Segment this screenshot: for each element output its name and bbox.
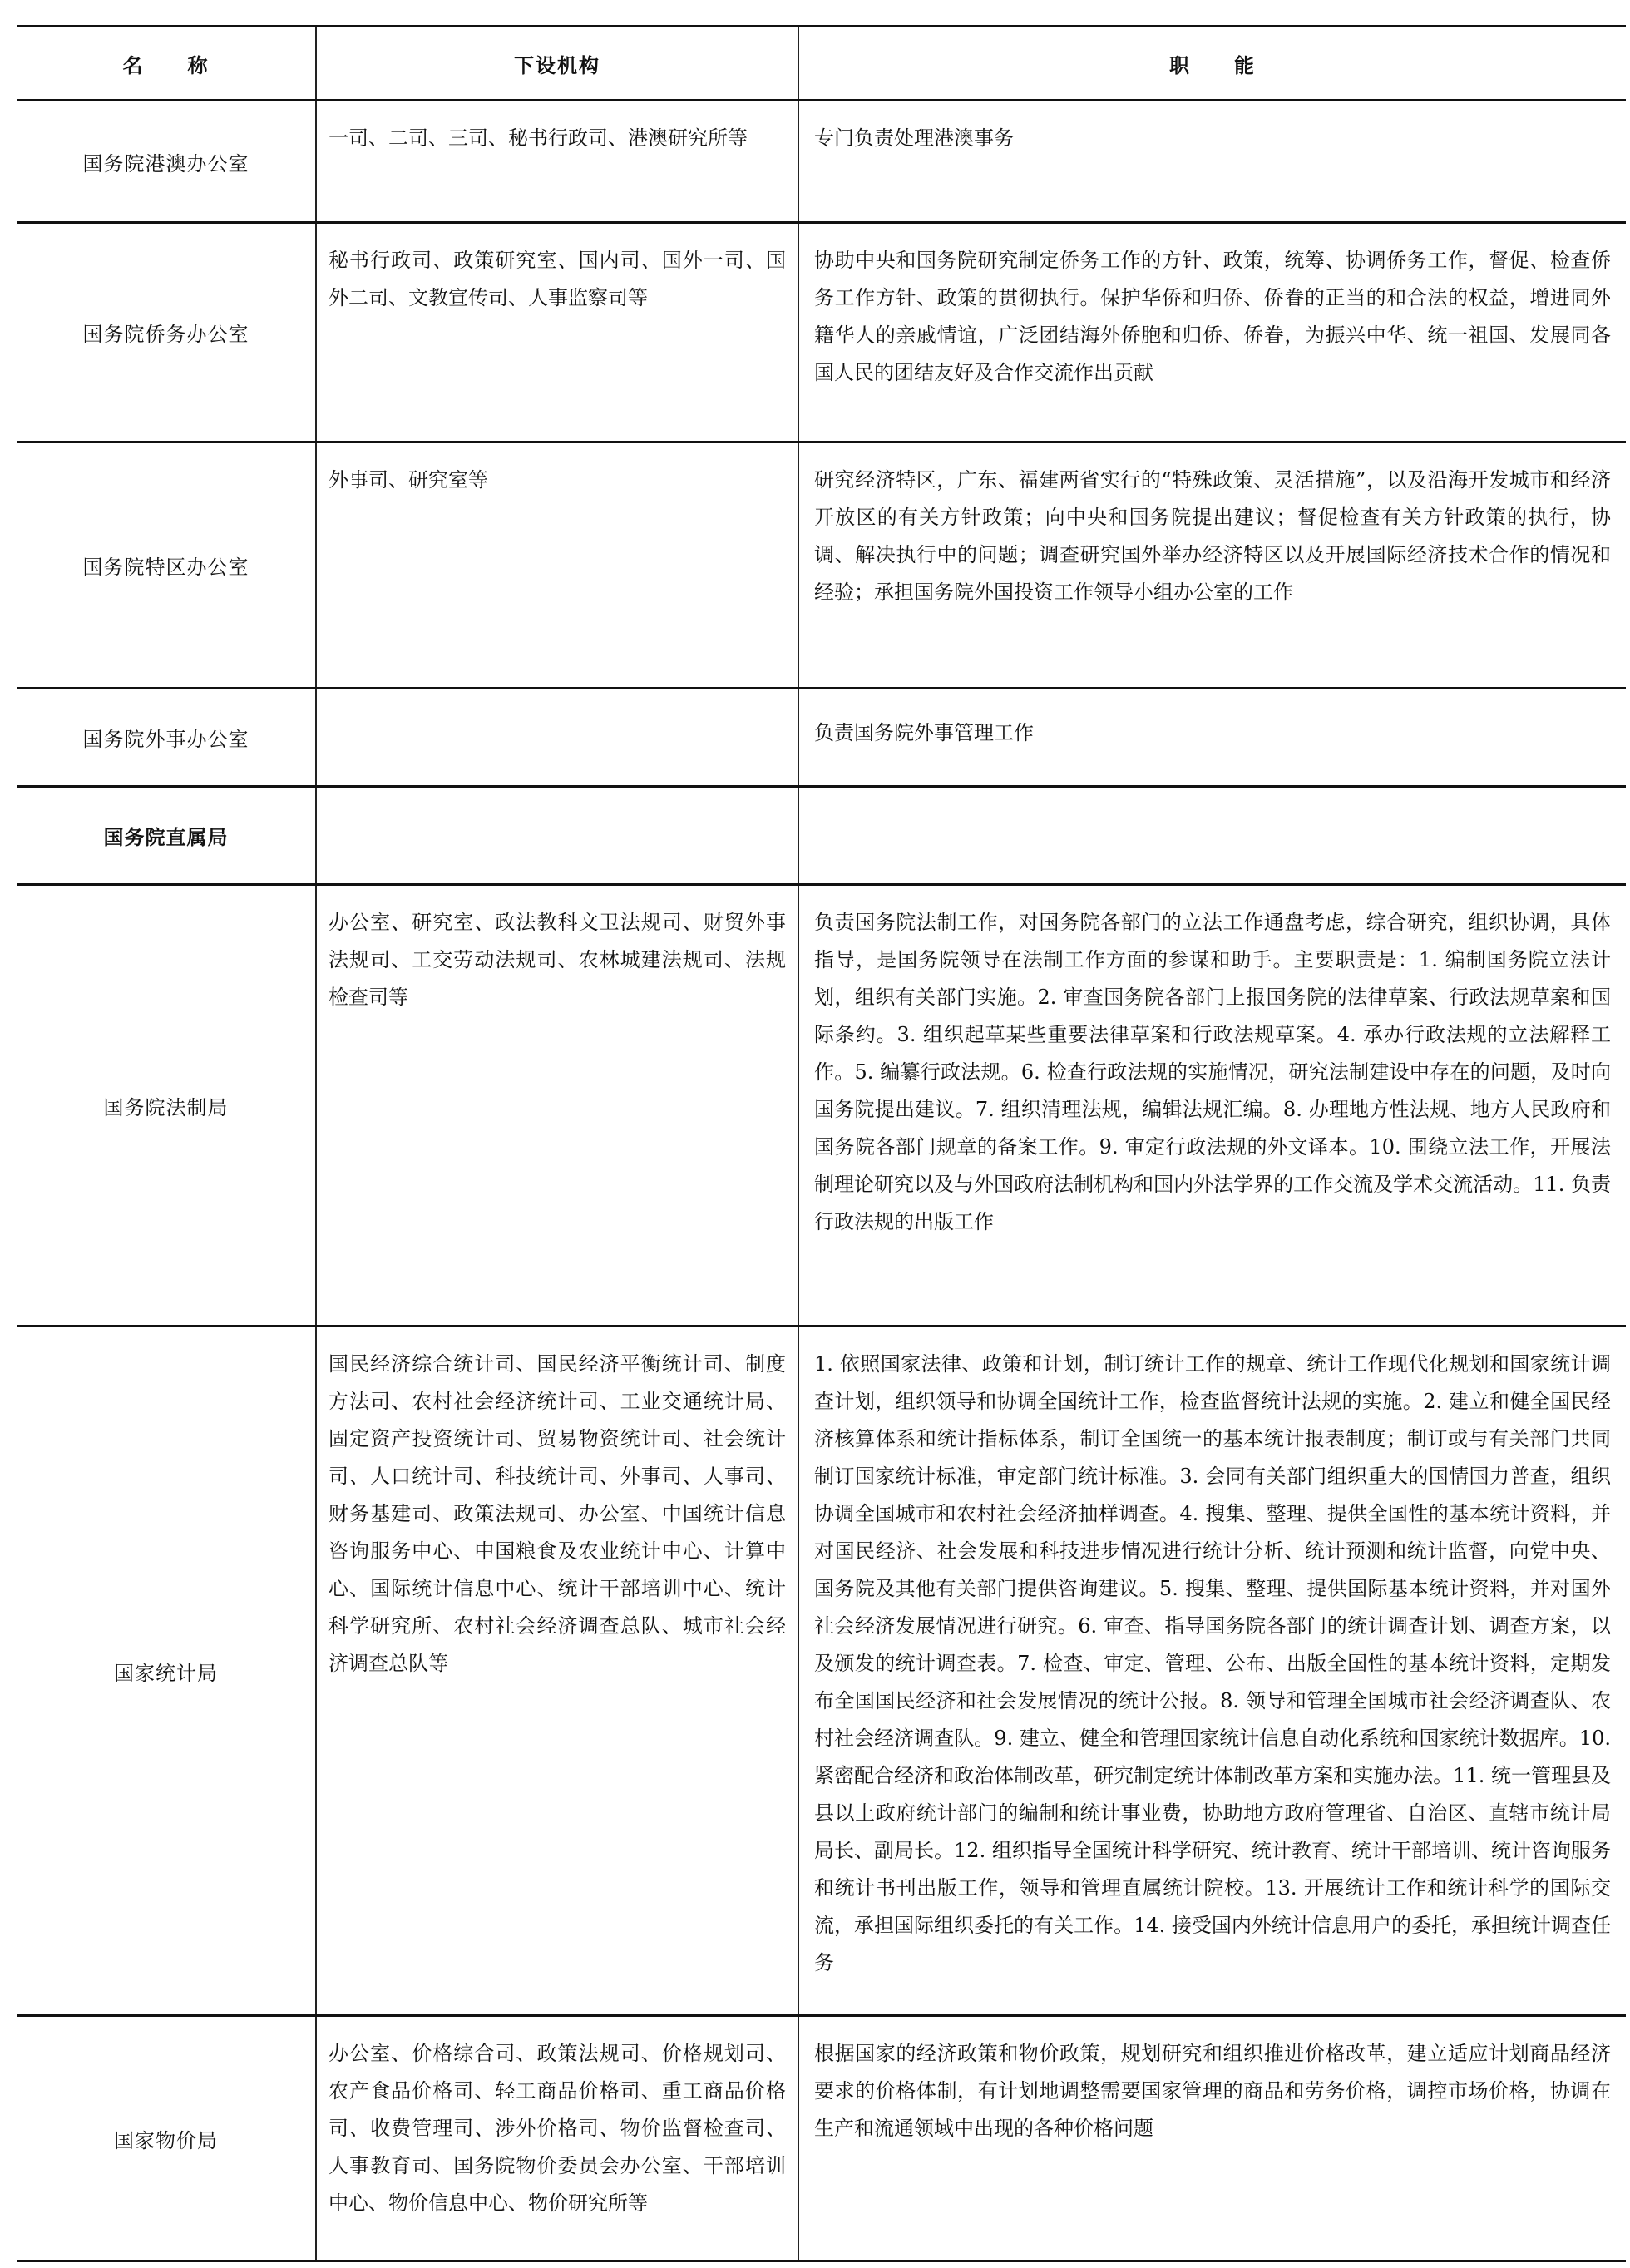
org-sub-units: 外事司、研究室等 <box>316 442 798 689</box>
org-sub-units: 一司、二司、三司、秘书行政司、港澳研究所等 <box>316 101 798 223</box>
org-sub-units <box>316 689 798 787</box>
table-row: 国务院侨务办公室 秘书行政司、政策研究室、国内司、国外一司、国外二司、文教宣传司… <box>17 223 1626 442</box>
org-functions: 根据国家的经济政策和物价政策，规划研究和组织推进价格改革，建立适应计划商品经济要… <box>798 2016 1626 2261</box>
section-row: 国务院直属局 <box>17 787 1626 885</box>
org-name: 国务院特区办公室 <box>17 442 316 689</box>
org-name: 国务院法制局 <box>17 885 316 1327</box>
org-sub-units: 办公室、研究室、政法教科文卫法规司、财贸外事法规司、工交劳动法规司、农林城建法规… <box>316 885 798 1327</box>
table-row: 国家物价局 办公室、价格综合司、政策法规司、价格规划司、农产食品价格司、轻工商品… <box>17 2016 1626 2261</box>
org-functions: 负责国务院法制工作，对国务院各部门的立法工作通盘考虑，综合研究，组织协调，具体指… <box>798 885 1626 1327</box>
org-sub-units: 秘书行政司、政策研究室、国内司、国外一司、国外二司、文教宣传司、人事监察司等 <box>316 223 798 442</box>
org-functions: 专门负责处理港澳事务 <box>798 101 1626 223</box>
table-row: 国务院特区办公室 外事司、研究室等 研究经济特区，广东、福建两省实行的“特殊政策… <box>17 442 1626 689</box>
org-sub-units: 办公室、价格综合司、政策法规司、价格规划司、农产食品价格司、轻工商品价格司、重工… <box>316 2016 798 2261</box>
org-name: 国家统计局 <box>17 1327 316 2016</box>
table-row: 国家统计局 国民经济综合统计司、国民经济平衡统计司、制度方法司、农村社会经济统计… <box>17 1327 1626 2016</box>
org-sub-units: 国民经济综合统计司、国民经济平衡统计司、制度方法司、农村社会经济统计司、工业交通… <box>316 1327 798 2016</box>
org-sub-units <box>316 787 798 885</box>
section-title: 国务院直属局 <box>17 787 316 885</box>
table-row: 国务院外事办公室 负责国务院外事管理工作 <box>17 689 1626 787</box>
header-functions: 职 能 <box>798 27 1626 101</box>
table-row: 国务院法制局 办公室、研究室、政法教科文卫法规司、财贸外事法规司、工交劳动法规司… <box>17 885 1626 1327</box>
header-name: 名 称 <box>17 27 316 101</box>
org-name: 国务院侨务办公室 <box>17 223 316 442</box>
organization-table: 名 称 下设机构 职 能 国务院港澳办公室 一司、二司、三司、秘书行政司、港澳研… <box>17 25 1626 2262</box>
org-name: 国家物价局 <box>17 2016 316 2261</box>
org-functions <box>798 787 1626 885</box>
org-name: 国务院港澳办公室 <box>17 101 316 223</box>
org-functions: 协助中央和国务院研究制定侨务工作的方针、政策，统筹、协调侨务工作，督促、检查侨务… <box>798 223 1626 442</box>
table-header-row: 名 称 下设机构 职 能 <box>17 27 1626 101</box>
table-row: 国务院港澳办公室 一司、二司、三司、秘书行政司、港澳研究所等 专门负责处理港澳事… <box>17 101 1626 223</box>
org-name: 国务院外事办公室 <box>17 689 316 787</box>
org-functions: 研究经济特区，广东、福建两省实行的“特殊政策、灵活措施”，以及沿海开发城市和经济… <box>798 442 1626 689</box>
org-functions: 负责国务院外事管理工作 <box>798 689 1626 787</box>
org-functions: 1. 依照国家法律、政策和计划，制订统计工作的规章、统计工作现代化规划和国家统计… <box>798 1327 1626 2016</box>
header-sub-units: 下设机构 <box>316 27 798 101</box>
